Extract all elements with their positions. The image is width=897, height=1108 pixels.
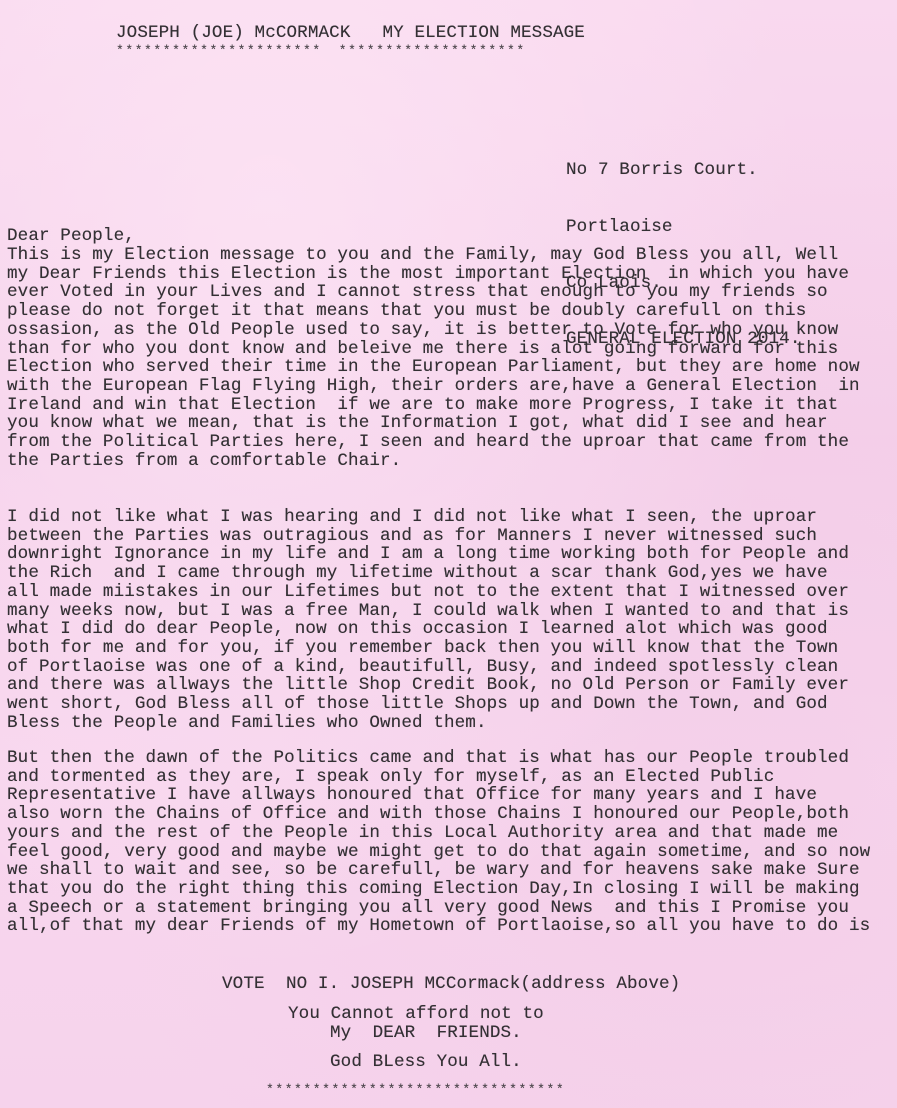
- message-title: MY ELECTION MESSAGE: [382, 23, 585, 43]
- body-line: all made miistakes in our Lifetimes but …: [7, 583, 849, 602]
- body-line: both for me and for you, if you remember…: [7, 639, 849, 658]
- body-line: all,of that my dear Friends of my Hometo…: [7, 917, 870, 936]
- body-line: and tormented as they are, I speak only …: [7, 768, 870, 787]
- body-line: you know what we mean, that is the Infor…: [7, 414, 860, 433]
- body-line: downright Ignorance in my life and I am …: [7, 545, 849, 564]
- body-line: went short, God Bless all of those littl…: [7, 695, 849, 714]
- body-line: from the Political Parties here, I seen …: [7, 433, 860, 452]
- dear-friends-line: My DEAR FRIENDS.: [330, 1024, 522, 1043]
- candidate-name-underline: **********************: [116, 43, 322, 58]
- body-line: feel good, very good and maybe we might …: [7, 843, 870, 862]
- message-title-underline: ********************: [339, 42, 526, 61]
- body-line: we shall to wait and see, so be carefull…: [7, 861, 870, 880]
- footer-star-divider: ********************************: [266, 1081, 565, 1100]
- body-line: Representative I have allways honoured t…: [7, 786, 870, 805]
- body-line: with the European Flag Flying High, thei…: [7, 377, 860, 396]
- body-line: please do not forget it that means that …: [7, 302, 860, 321]
- body-line: This is my Election message to you and t…: [7, 246, 860, 265]
- body-line: what I did do dear People, now on this o…: [7, 620, 849, 639]
- body-line: the Rich and I came through my lifetime …: [7, 564, 849, 583]
- body-line: Election who served their time in the Eu…: [7, 358, 860, 377]
- body-line: between the Parties was outragious and a…: [7, 527, 849, 546]
- address-line: No 7 Borris Court.: [566, 161, 800, 180]
- body-line: that you do the right thing this coming …: [7, 880, 870, 899]
- body-paragraph-2: I did not like what I was hearing and I …: [7, 508, 849, 732]
- body-line: yours and the rest of the People in this…: [7, 824, 870, 843]
- body-line: also worn the Chains of Office and with …: [7, 805, 870, 824]
- heading-underline: ****************************************…: [116, 42, 526, 61]
- body-line: But then the dawn of the Politics came a…: [7, 749, 870, 768]
- candidate-name: JOSEPH (JOE) McCORMACK: [116, 23, 350, 43]
- salutation: Dear People,: [7, 227, 135, 246]
- body-line: Bless the People and Families who Owned …: [7, 714, 849, 733]
- body-line: than for who you dont know and beleive m…: [7, 340, 860, 359]
- body-line: Ireland and win that Election if we are …: [7, 396, 860, 415]
- body-line: many weeks now, but I was a free Man, I …: [7, 602, 849, 621]
- blessing-line: God BLess You All.: [330, 1053, 522, 1072]
- body-paragraph-1: This is my Election message to you and t…: [7, 246, 860, 470]
- body-line: I did not like what I was hearing and I …: [7, 508, 849, 527]
- body-line: of Portlaoise was one of a kind, beautif…: [7, 658, 849, 677]
- body-line: a Speech or a statement bringing you all…: [7, 899, 870, 918]
- body-line: ever Voted in your Lives and I cannot st…: [7, 283, 860, 302]
- letter-heading: JOSEPH (JOE) McCORMACK MY ELECTION MESSA…: [116, 24, 585, 43]
- body-paragraph-3: But then the dawn of the Politics came a…: [7, 749, 870, 936]
- vote-appeal: VOTE NO I. JOSEPH MCCormack(address Abov…: [222, 975, 680, 994]
- body-line: my Dear Friends this Election is the mos…: [7, 265, 860, 284]
- body-line: ossasion, as the Old People used to say,…: [7, 321, 860, 340]
- body-line: and there was allways the little Shop Cr…: [7, 676, 849, 695]
- body-line: the Parties from a comfortable Chair.: [7, 452, 860, 471]
- afford-line: You Cannot afford not to: [288, 1005, 544, 1024]
- address-line: Portlaoise: [566, 218, 800, 237]
